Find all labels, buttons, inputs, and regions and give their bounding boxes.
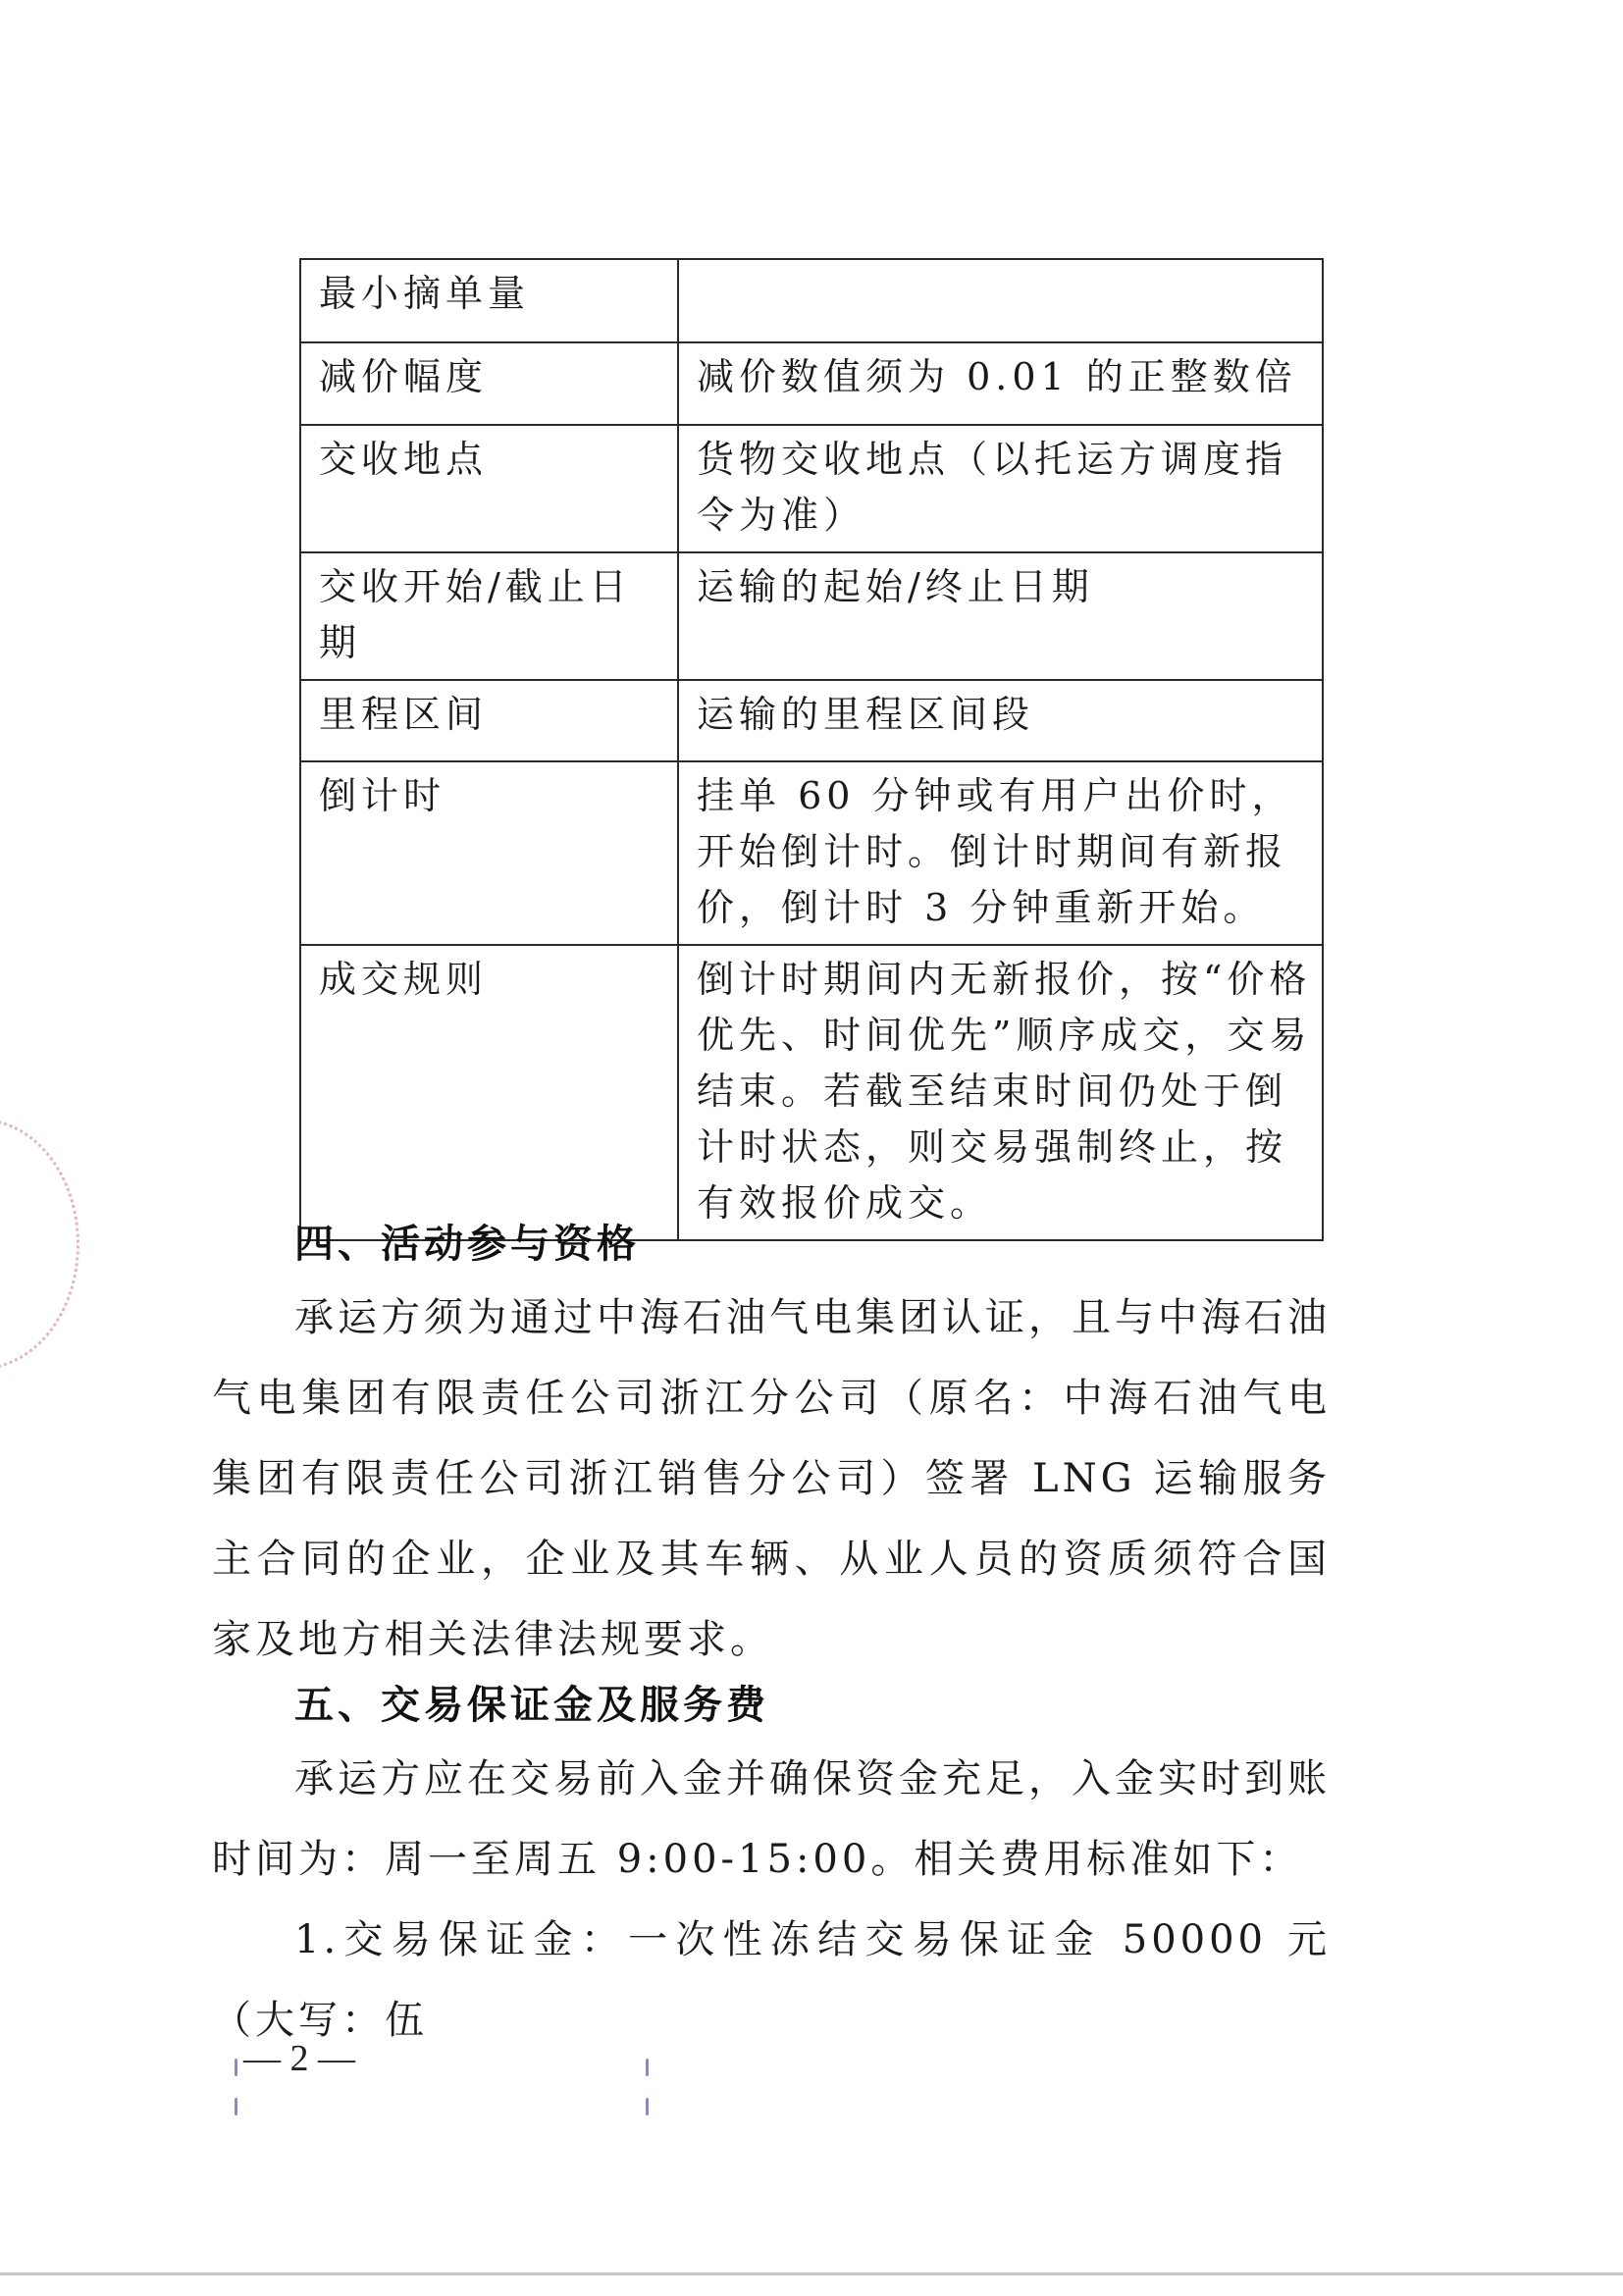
row-label: 减价幅度 [300,342,678,425]
page-bottom-edge [0,2272,1623,2275]
section-5-item-1: 1.交易保证金：一次性冻结交易保证金 50000 元（大写：伍 [212,1900,1331,2061]
row-label: 里程区间 [300,680,678,761]
row-value: 挂单 60 分钟或有用户出价时，开始倒计时。倒计时期间有新报价，倒计时 3 分钟… [678,761,1323,945]
binding-hole-mark [235,2098,237,2115]
row-value [678,259,1323,342]
row-value: 减价数值须为 0.01 的正整数倍 [678,342,1323,425]
document-page: 最小摘单量 减价幅度 减价数值须为 0.01 的正整数倍 交收地点 货物交收地点… [0,0,1623,2296]
table-row: 最小摘单量 [300,259,1323,342]
row-value: 货物交收地点（以托运方调度指令为准） [678,425,1323,552]
binding-hole-mark [646,2098,649,2115]
section-5-body: 承运方应在交易前入金并确保资金充足，入金实时到账时间为：周一至周五 9:00-1… [212,1739,1331,1900]
table-row: 成交规则 倒计时期间内无新报价，按“价格优先、时间优先”顺序成交，交易结束。若截… [300,945,1323,1240]
row-value: 运输的起始/终止日期 [678,552,1323,680]
table-row: 里程区间 运输的里程区间段 [300,680,1323,761]
red-seal-stamp-partial [0,1119,79,1370]
row-label: 最小摘单量 [300,259,678,342]
section-4-heading: 四、活动参与资格 [294,1213,640,1269]
row-value: 倒计时期间内无新报价，按“价格优先、时间优先”顺序成交，交易结束。若截至结束时间… [678,945,1323,1240]
table-row: 交收地点 货物交收地点（以托运方调度指令为准） [300,425,1323,552]
section-4-body: 承运方须为通过中海石油气电集团认证，且与中海石油气电集团有限责任公司浙江分公司（… [212,1278,1331,1680]
binding-hole-mark [235,2059,237,2076]
row-label: 交收地点 [300,425,678,552]
row-label: 交收开始/截止日期 [300,552,678,680]
row-value: 运输的里程区间段 [678,680,1323,761]
section-5-heading: 五、交易保证金及服务费 [294,1674,769,1730]
page-number: — 2 — [243,2037,355,2080]
table-row: 倒计时 挂单 60 分钟或有用户出价时，开始倒计时。倒计时期间有新报价，倒计时 … [300,761,1323,945]
table-row: 交收开始/截止日期 运输的起始/终止日期 [300,552,1323,680]
binding-hole-mark [646,2059,649,2076]
row-label: 倒计时 [300,761,678,945]
trading-rules-table: 最小摘单量 减价幅度 减价数值须为 0.01 的正整数倍 交收地点 货物交收地点… [299,258,1324,1241]
table-row: 减价幅度 减价数值须为 0.01 的正整数倍 [300,342,1323,425]
row-label: 成交规则 [300,945,678,1240]
